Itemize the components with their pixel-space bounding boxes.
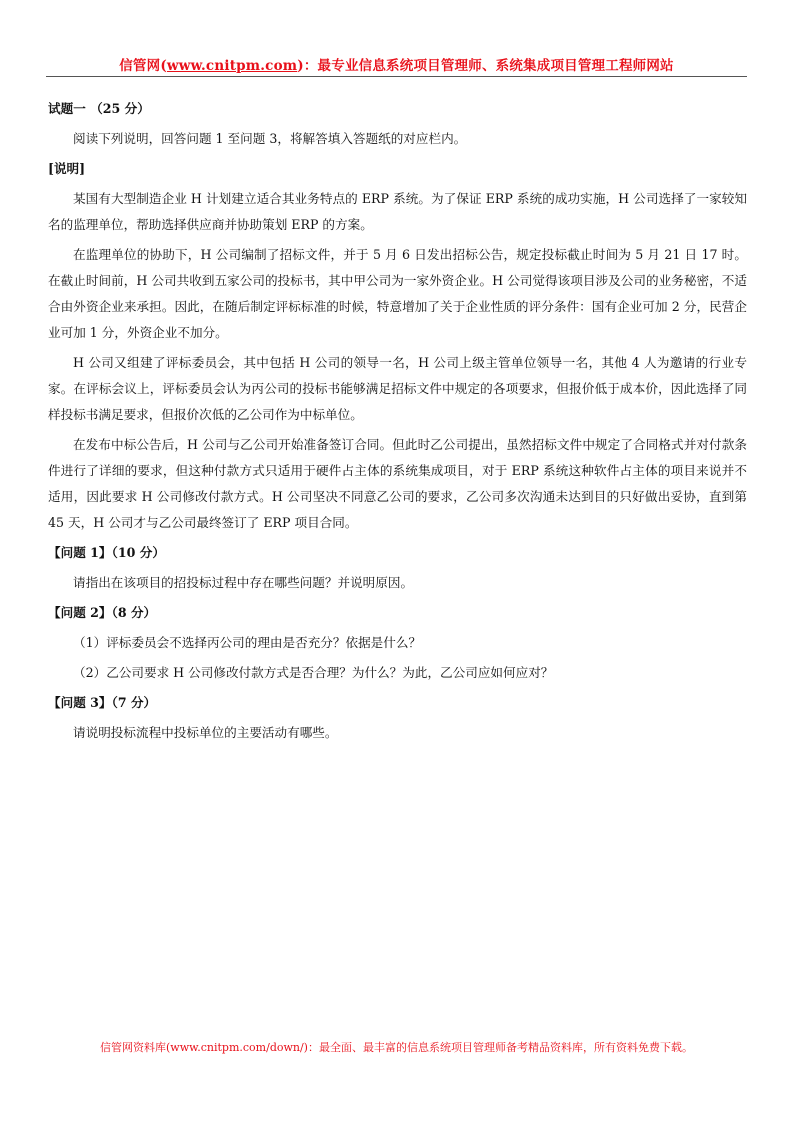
question-3-title: 【问题 3】（7 分） [48,690,747,716]
page-header: 信管网(www.cnitpm.com)：最专业信息系统项目管理师、系统集成项目管… [46,57,747,75]
question-1-title: 【问题 1】（10 分） [48,540,747,566]
header-divider [46,76,747,77]
question-2-item-2: （2）乙公司要求 H 公司修改付款方式是否合理？为什么？为此，乙公司应如何应对？ [48,660,747,686]
site-tagline: )：最专业信息系统项目管理师、系统集成项目管理工程师网站 [297,58,674,74]
description-label: [说明] [48,156,747,182]
description-paragraph: 在监理单位的协助下，H 公司编制了招标文件，并于 5 月 6 日发出招标公告，规… [48,242,747,346]
description-paragraph: 某国有大型制造企业 H 计划建立适合其业务特点的 ERP 系统。为了保证 ERP… [48,186,747,238]
question-1-item: 请指出在该项目的招投标过程中存在哪些问题？并说明原因。 [48,570,747,596]
question-2-item-1: （1）评标委员会不选择丙公司的理由是否充分？依据是什么？ [48,630,747,656]
site-name: 信管网( [119,58,167,74]
exam-title: 试题一 （25 分） [48,96,747,122]
description-paragraph: H 公司又组建了评标委员会，其中包括 H 公司的领导一名，H 公司上级主管单位领… [48,350,747,428]
site-url-link[interactable]: www.cnitpm.com [167,58,297,74]
question-3-item: 请说明投标流程中投标单位的主要活动有哪些。 [48,720,747,746]
exam-content: 试题一 （25 分） 阅读下列说明，回答问题 1 至问题 3，将解答填入答题纸的… [48,96,747,750]
exam-instructions: 阅读下列说明，回答问题 1 至问题 3，将解答填入答题纸的对应栏内。 [48,126,747,152]
description-paragraph: 在发布中标公告后，H 公司与乙公司开始准备签订合同。但此时乙公司提出，虽然招标文… [48,432,747,536]
question-2-title: 【问题 2】（8 分） [48,600,747,626]
page-footer: 信管网资料库(www.cnitpm.com/down/)：最全面、最丰富的信息系… [46,1041,747,1055]
